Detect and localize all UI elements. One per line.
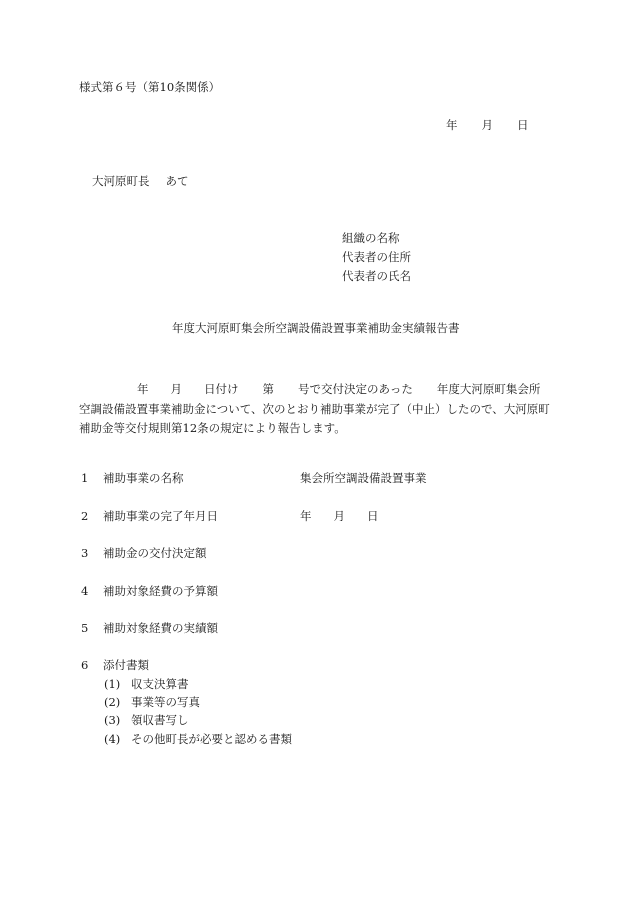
item-4: 4補助対象経費の予算額	[81, 586, 218, 598]
body-line-3: 補助金等交付規則第12条の規定により報告します。	[79, 419, 569, 439]
item-1-value: 集会所空調設備設置事業	[300, 473, 427, 485]
date-year: 年	[446, 120, 458, 132]
addressee-suffix: あて	[166, 174, 189, 188]
body-paragraph: 年月日付け第号で交付決定のあった年度大河原町集会所 空調設備設置事業補助金につい…	[79, 380, 569, 439]
date-day: 日	[517, 120, 529, 132]
attachment-4: (4)その他町長が必要と認める書類	[104, 734, 292, 746]
body-line-2: 空調設備設置事業補助金について、次のとおり補助事業が完了（中止）したので、大河原…	[79, 400, 569, 420]
rep-name-label: 代表者の氏名	[342, 270, 411, 289]
submission-date: 年月日	[446, 120, 529, 132]
document-title: 年度大河原町集会所空調設備設置事業補助金実績報告書	[172, 323, 460, 335]
addressee: 大河原町長あて	[92, 176, 189, 188]
body-line-1: 年月日付け第号で交付決定のあった年度大河原町集会所	[79, 380, 569, 400]
item-label: 補助対象経費の予算額	[103, 584, 218, 598]
item-1: 1補助事業の名称	[81, 473, 184, 485]
addressee-name: 大河原町長	[92, 174, 150, 188]
form-number: 様式第６号（第10条関係）	[79, 82, 220, 94]
rep-address-label: 代表者の住所	[342, 251, 411, 270]
attachment-3: (3)領収書写し	[104, 715, 189, 727]
item-label: 補助対象経費の実績額	[103, 621, 218, 635]
item-label: 補助事業の名称	[103, 471, 184, 485]
item-2: 2補助事業の完了年月日	[81, 511, 218, 523]
attachment-1: (1)収支決算書	[104, 679, 189, 691]
item-5: 5補助対象経費の実績額	[81, 623, 218, 635]
applicant-block: 組織の名称 代表者の住所 代表者の氏名	[342, 232, 411, 289]
item-6: 6添付書類	[81, 660, 149, 672]
item-label: 補助事業の完了年月日	[103, 509, 218, 523]
item-label: 補助金の交付決定額	[103, 546, 207, 560]
item-label: 添付書類	[103, 658, 149, 672]
org-name-label: 組織の名称	[342, 232, 411, 251]
attachment-2: (2)事業等の写真	[104, 697, 200, 709]
item-3: 3補助金の交付決定額	[81, 548, 207, 560]
item-2-value: 年月日	[300, 511, 379, 523]
date-month: 月	[482, 120, 494, 132]
